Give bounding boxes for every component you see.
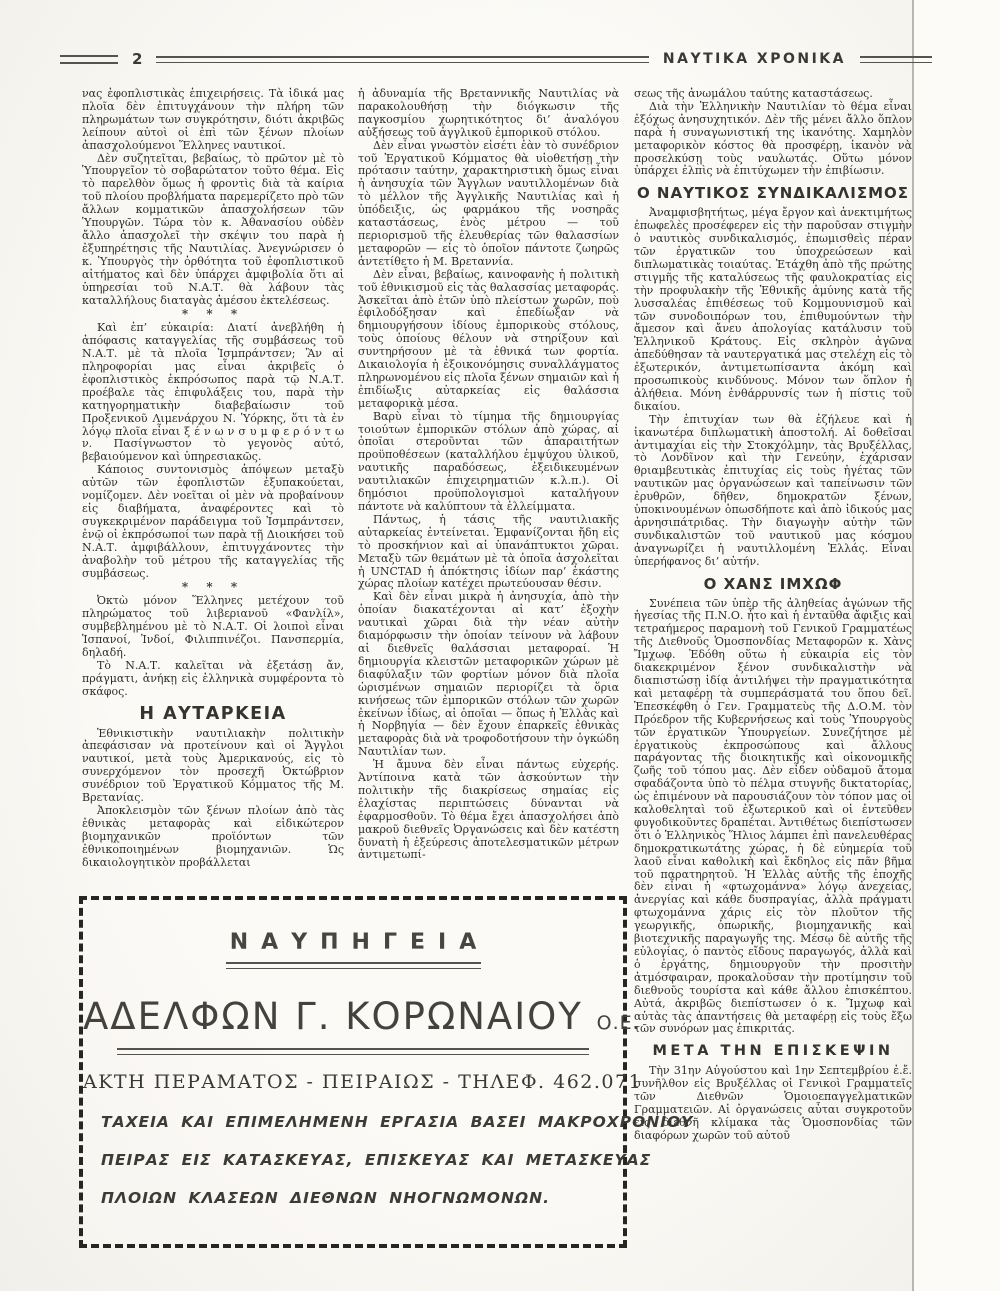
paragraph: νας ἐφοπλιστικὰς ἐπιχειρήσεις. Τὰ ἰδικά … [82,88,344,153]
paragraph: Καὶ ἐπ’ εὐκαιρία: Διατί ἀνεβλήθη ἡ ἀπόφα… [82,322,344,464]
paragraph: ἡ ἀδυναμία τῆς Βρεταννικῆς Ναυτιλίας νὰ … [358,88,619,140]
masthead-title: ΝΑΥΤΙΚΑ ΧΡΟΝΙΚΑ [663,51,846,67]
paragraph: Τὸ Ν.Α.Τ. καλεῖται νὰ ἐξετάσῃ ἄν, πράγμα… [82,660,344,699]
stars-separator: * * * [82,308,344,321]
paragraph: Βαρὺ εἶναι τὸ τίμημα τῆς δημιουργίας τοι… [358,411,619,514]
ad-title-underline [226,962,481,969]
paragraph: Ἀποκλεισμὸν τῶν ξένων πλοίων ἀπὸ τὰς ἐθν… [82,805,344,870]
stars-separator: * * * [82,581,344,594]
section-heading: Η ΑΥΤΑΡΚΕΙΑ [82,708,344,721]
ad-company-name: ΑΔΕΛΦΩΝ Γ. ΚΟΡΩΝΑΙΟΥ Ο.Ε. [83,995,623,1038]
paragraph: Καὶ δὲν εἶναι μικρὰ ἡ ἀνησυχία, ἀπὸ τὴν … [358,591,619,759]
text-column-3: σεως τῆς ἀνωμάλου ταύτης καταστάσεως.Διὰ… [634,88,912,1143]
section-heading: ΜΕΤΑ ΤΗΝ ΕΠΙΣΚΕΨΙΝ [634,1045,912,1058]
paragraph: Δὲν συζητεῖται, βεβαίως, τὸ πρῶτον μὲ τὸ… [82,153,344,308]
paragraph: Συνέπεια τῶν ὑπὲρ τῆς ἀληθείας ἀγώνων τῆ… [634,598,912,1037]
header-rule-right [860,56,932,63]
ad-slogan-line: ΠΕΙΡΑΣ ΕΙΣ ΚΑΤΑΣΚΕΥΑΣ, ΕΠΙΣΚΕΥΑΣ ΚΑΙ ΜΕΤ… [101,1151,605,1169]
ad-slogan: ΤΑΧΕΙΑ ΚΑΙ ΕΠΙΜΕΛΗΜΕΝΗ ΕΡΓΑΣΙΑ ΒΑΣΕΙ ΜΑΚ… [83,1113,623,1207]
paragraph: Δὲν εἶναι γνωστὸν εἰσέτι ἐὰν τὸ συνέδριο… [358,140,619,269]
scan-edge-paper [914,0,1000,1291]
ad-address: ΑΚΤΗ ΠΕΡΑΜΑΤΟΣ - ΠΕΙΡΑΙΩΣ - ΤΗΛΕΦ. 462.0… [83,1071,623,1093]
ad-slogan-line: ΠΛΟΙΩΝ ΚΛΑΣΕΩΝ ΔΙΕΘΝΩΝ ΝΗΟΓΝΩΜΟΝΩΝ. [101,1189,605,1207]
text-column-1: νας ἐφοπλιστικὰς ἐπιχειρήσεις. Τὰ ἰδικά … [82,88,344,869]
page-number: 2 [132,50,142,68]
paragraph: Κάποιος συντονισμὸς ἀπόψεων μεταξὺ αὐτῶν… [82,464,344,580]
paragraph: Ὀκτὼ μόνον Ἕλληνες μετέχουν τοῦ πληρώματ… [82,595,344,660]
shipyard-advertisement: ΝΑΥΠΗΓΕΙΑ ΑΔΕΛΦΩΝ Γ. ΚΟΡΩΝΑΙΟΥ Ο.Ε. ΑΚΤΗ… [79,896,627,1248]
paragraph: Τὴν ἐπιτυχίαν των θὰ ἐζήλευε καὶ ἡ ἱκανω… [634,414,912,569]
header-rule-left [60,55,118,64]
scan-edge-line [912,0,914,1291]
paragraph: Δὲν εἶναι, βεβαίως, καινοφανὴς ἡ πολιτικ… [358,269,619,411]
paragraph: Ἡ ἄμυνα δὲν εἶναι πάντως εὐχερής. Ἀντίπο… [358,759,619,862]
paragraph: Τὴν 31ην Αὐγούστου καὶ 1ην Σεπτεμβρίου ἐ… [634,1065,912,1142]
ad-company-underline [117,1048,589,1055]
paragraph: Πάντως, ἡ τάσις τῆς ναυτιλιακῆς αὐταρκεί… [358,514,619,591]
magazine-page: 2 ΝΑΥΤΙΚΑ ΧΡΟΝΙΚΑ νας ἐφοπλιστικὰς ἐπιχε… [0,0,1000,1291]
paragraph: Διὰ τὴν Ἑλληνικὴν Ναυτιλίαν τὸ θέμα εἶνα… [634,101,912,178]
ad-company-main: ΑΔΕΛΦΩΝ Γ. ΚΟΡΩΝΑΙΟΥ [83,995,583,1038]
ad-company-suffix: Ο.Ε. [597,1012,640,1034]
section-heading: Ο ΧΑΝΣ ΙΜΧΩΦ [634,578,912,591]
text-column-2: ἡ ἀδυναμία τῆς Βρεταννικῆς Ναυτιλίας νὰ … [358,88,619,862]
paragraph: σεως τῆς ἀνωμάλου ταύτης καταστάσεως. [634,88,912,101]
section-heading: Ο ΝΑΥΤΙΚΟΣ ΣΥΝΔΙΚΑΛΙΣΜΟΣ [634,187,912,200]
page-header: 2 ΝΑΥΤΙΚΑ ΧΡΟΝΙΚΑ [60,50,932,68]
paragraph: Ἐθνικιστικὴν ναυτιλιακὴν πολιτικὴν ἀπεφά… [82,728,344,805]
ad-slogan-line: ΤΑΧΕΙΑ ΚΑΙ ΕΠΙΜΕΛΗΜΕΝΗ ΕΡΓΑΣΙΑ ΒΑΣΕΙ ΜΑΚ… [101,1113,605,1131]
paragraph: Ἀναμφισβητήτως, μέγα ἔργον καὶ ἀνεκτιμήτ… [634,207,912,414]
header-rule-center [156,56,648,63]
ad-title: ΝΑΥΠΗΓΕΙΑ [83,930,623,955]
